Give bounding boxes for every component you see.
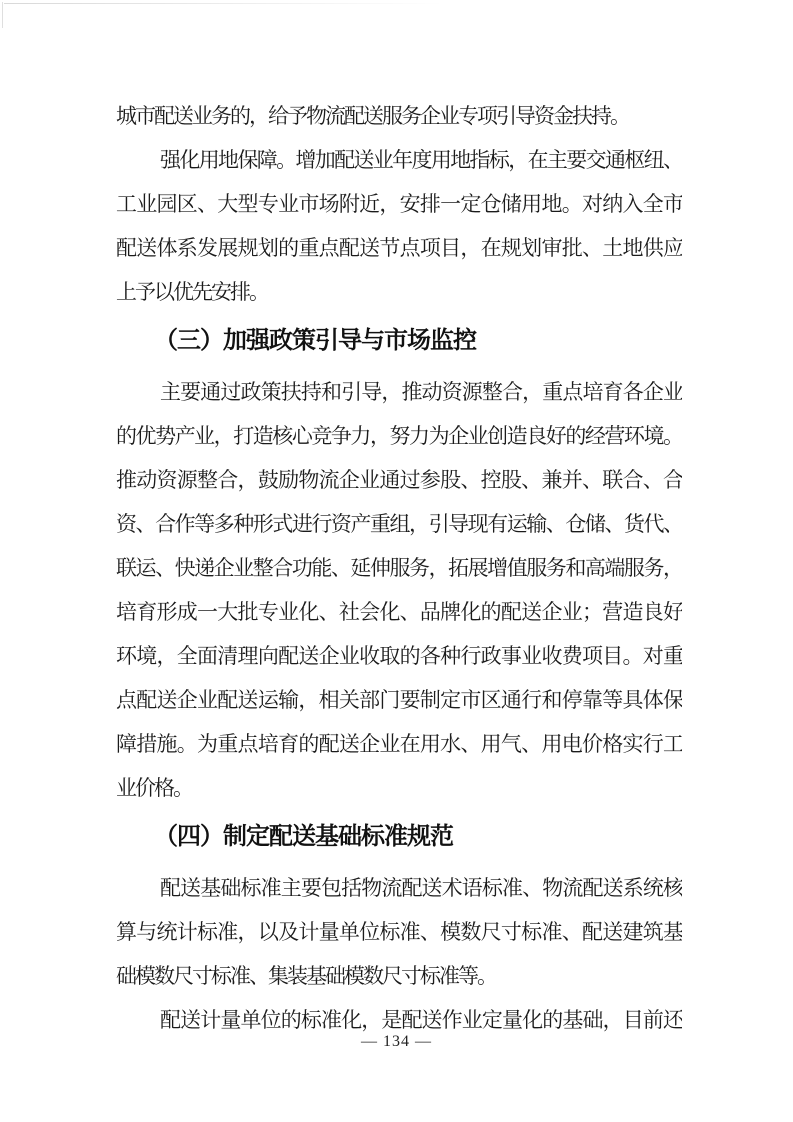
scan-edge-artifact-top xyxy=(4,3,444,4)
section-heading: （四）制定配送基础标准规范 xyxy=(116,815,682,859)
text-line: 城市配送业务的，给予物流配送服务企业专项引导资金扶持。 xyxy=(116,94,682,138)
page-number: — 134 — xyxy=(0,1033,793,1051)
text-line: 工业园区、大型专业市场附近，安排一定仓储用地。对纳入全市 xyxy=(116,182,682,226)
document-page: 城市配送业务的，给予物流配送服务企业专项引导资金扶持。强化用地保障。增加配送业年… xyxy=(0,0,793,1122)
text-line: 强化用地保障。增加配送业年度用地指标，在主要交通枢纽、 xyxy=(116,138,682,182)
text-line: 培育形成一大批专业化、社会化、品牌化的配送企业；营造良好 xyxy=(116,590,682,634)
document-body: 城市配送业务的，给予物流配送服务企业专项引导资金扶持。强化用地保障。增加配送业年… xyxy=(116,94,682,1042)
text-line: 资、合作等多种形式进行资产重组，引导现有运输、仓储、货代、 xyxy=(116,502,682,546)
section-heading: （三）加强政策引导与市场监控 xyxy=(116,319,682,363)
text-line: 的优势产业，打造核心竞争力，努力为企业创造良好的经营环境。 xyxy=(116,414,682,458)
text-line: 推动资源整合，鼓励物流企业通过参股、控股、兼并、联合、合 xyxy=(116,458,682,502)
text-line: 主要通过政策扶持和引导，推动资源整合，重点培育各企业 xyxy=(116,370,682,414)
text-line: 联运、快递企业整合功能、延伸服务，拓展增值服务和高端服务， xyxy=(116,546,682,590)
text-line: 上予以优先安排。 xyxy=(116,270,682,314)
text-line: 业价格。 xyxy=(116,766,682,810)
text-line: 配送基础标准主要包括物流配送术语标准、物流配送系统核 xyxy=(116,866,682,910)
text-line: 障措施。为重点培育的配送企业在用水、用气、用电价格实行工 xyxy=(116,722,682,766)
text-line: 配送体系发展规划的重点配送节点项目，在规划审批、土地供应 xyxy=(116,226,682,270)
text-line: 算与统计标准，以及计量单位标准、模数尺寸标准、配送建筑基 xyxy=(116,910,682,954)
scan-edge-artifact-left xyxy=(2,2,3,28)
text-line: 础模数尺寸标准、集装基础模数尺寸标准等。 xyxy=(116,954,682,998)
text-line: 环境，全面清理向配送企业收取的各种行政事业收费项目。对重 xyxy=(116,634,682,678)
text-line: 点配送企业配送运输，相关部门要制定市区通行和停靠等具体保 xyxy=(116,678,682,722)
